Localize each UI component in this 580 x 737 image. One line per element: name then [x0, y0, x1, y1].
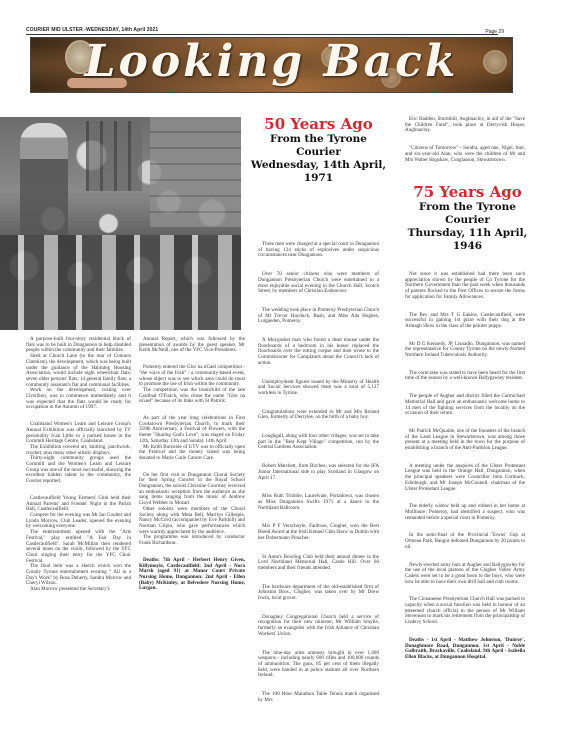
news-item: The Rev and Mrs T G Eakins, Castlecaulfi… [405, 313, 525, 330]
news-item: Robert Matchett, from Birches, was selec… [258, 464, 379, 481]
news-item: The elderly widow held up and robbed in … [405, 504, 525, 521]
paragraph: Coalisland Women's Learn and Leisure Gro… [26, 422, 131, 445]
seventy-five-years-column: Not since it was established had there b… [405, 272, 525, 673]
group-photo [0, 117, 241, 330]
seventy-five-years-title: 75 Years Ago [400, 183, 535, 201]
paragraph: The entertainment opened with the "Arts … [26, 530, 131, 564]
fifty-years-column: Three men were charged at a special cour… [258, 242, 379, 716]
news-item: Miss Ruth Trimble, Laurelvale, Portadown… [258, 494, 379, 511]
news-item: Congratulations were extended to Mr and … [258, 410, 379, 421]
paragraph: Annual Report, which was followed by the… [139, 337, 245, 354]
paragraph: Alan Morrow presented the Secretary's [26, 587, 131, 593]
news-item: The corncrake was stated to have been he… [405, 371, 525, 382]
news-item: The Clonaneese Presbyterian Church Hall … [405, 597, 525, 626]
photo-window [86, 121, 142, 191]
news-item: A Moygashel man who found a dead mouse u… [258, 338, 379, 367]
paragraph: On her first visit to Dungannon Choral S… [139, 473, 245, 507]
photo-bishop-figure [20, 123, 68, 243]
news-item: The wedding took place in Pomeroy Presby… [258, 308, 379, 325]
paragraph: Work on the development, costing over £1… [26, 388, 131, 411]
news-item: "Citizens of Tomorrow" - Sandra, aged on… [405, 146, 525, 163]
photo-wall [150, 117, 241, 227]
news-item: St Anne's Bowling Club held their annual… [258, 555, 379, 572]
seventy-five-years-heading: 75 Years Ago From the Tyrone Courier Thu… [400, 183, 535, 253]
paragraph: Sited at Church Lane (to the rear of Con… [26, 354, 131, 388]
paragraph: The programme was introduced by conducto… [139, 535, 245, 546]
news-item: The people of Augher and district filled… [405, 394, 525, 417]
fifty-years-source: From the Tyrone Courier [246, 133, 391, 159]
news-item: Donaghey Congregational Church held a se… [258, 615, 379, 638]
news-item: Three men were charged at a special cour… [258, 242, 379, 259]
news-item: Eric Hadden, Stormhill, Aughnacloy, in a… [405, 117, 525, 134]
paragraph: Mr Keith Burnside of UTV was to official… [139, 445, 245, 462]
seventy-five-years-source: From the Tyrone Courier [400, 201, 535, 227]
fifty-years-continued: Eric Hadden, Stormhill, Aughnacloy, in a… [405, 117, 525, 175]
article-column-2: Annual Report, which was followed by the… [139, 337, 245, 592]
news-item: Mr D G Kennedy, JP, Lisnadin, Dungannon,… [405, 342, 525, 359]
fifty-years-date: Wednesday, 14th April, 1971 [246, 159, 391, 185]
looking-back-banner: Looking Back [30, 37, 513, 93]
paragraph: A purpose-built four-story residential b… [26, 337, 131, 354]
fifty-years-heading: 50 Years Ago From the Tyrone Courier Wed… [246, 115, 391, 185]
paragraph: Other soloists were members of the Chora… [139, 507, 245, 536]
masthead: COURIER MID ULSTER -WEDNESDAY, 14th Apri… [26, 27, 158, 33]
news-item: The nine-day arms amnesty brought in ove… [258, 651, 379, 680]
news-item: The 100 Hour Marathon Table Tennis match… [258, 692, 379, 703]
news-item: Newly-erected army huts at Augher and Ba… [405, 563, 525, 586]
news-item: Mrs P F Verschoyle, Fardross, Clogher, w… [258, 524, 379, 541]
article-column-1: A purpose-built four-story residential b… [26, 337, 131, 593]
fifty-years-title: 50 Years Ago [246, 115, 391, 133]
paragraph: Compere for the evening was Mr Ian Coult… [26, 513, 131, 530]
seventy-five-years-date: Thursday, 11h April, 1946 [400, 227, 535, 253]
news-item: A meeting under the auspices of the Ulst… [405, 464, 525, 493]
news-item: Not since it was established had there b… [405, 272, 525, 301]
paragraph: Pomeroy entered the Glor na nGael compet… [139, 365, 245, 388]
paragraph: Thirty-eight community groups used the C… [26, 456, 131, 485]
news-item: Loughgall, along with four other village… [258, 434, 379, 451]
paragraph: Castlecaulfield Young Farmers' Club held… [26, 496, 131, 513]
news-item: Over 70 senior citizens who were members… [258, 272, 379, 295]
paragraph: As part of the year long celebrations in… [139, 416, 245, 445]
banner-title: Looking Back [31, 37, 512, 87]
paragraph: The final item was a sketch which won th… [26, 564, 131, 587]
news-item: Unemployment figures issued by the Minis… [258, 380, 379, 397]
news-item: Mr Patrick McQuaide, one of the founders… [405, 429, 525, 452]
paragraph: The competition was the brainchild of th… [139, 388, 245, 405]
news-item: In the semi-final of the Provincial Town… [405, 533, 525, 550]
header-rule [26, 34, 498, 35]
news-item: The hardware department of the old-estab… [258, 585, 379, 602]
photo-children-row [0, 235, 241, 330]
deaths-notice: Deaths: 7th April - Herbert Henry Given,… [139, 558, 245, 592]
deaths-notice: Deaths - 1st April - Matthew Johnston, '… [405, 638, 525, 661]
